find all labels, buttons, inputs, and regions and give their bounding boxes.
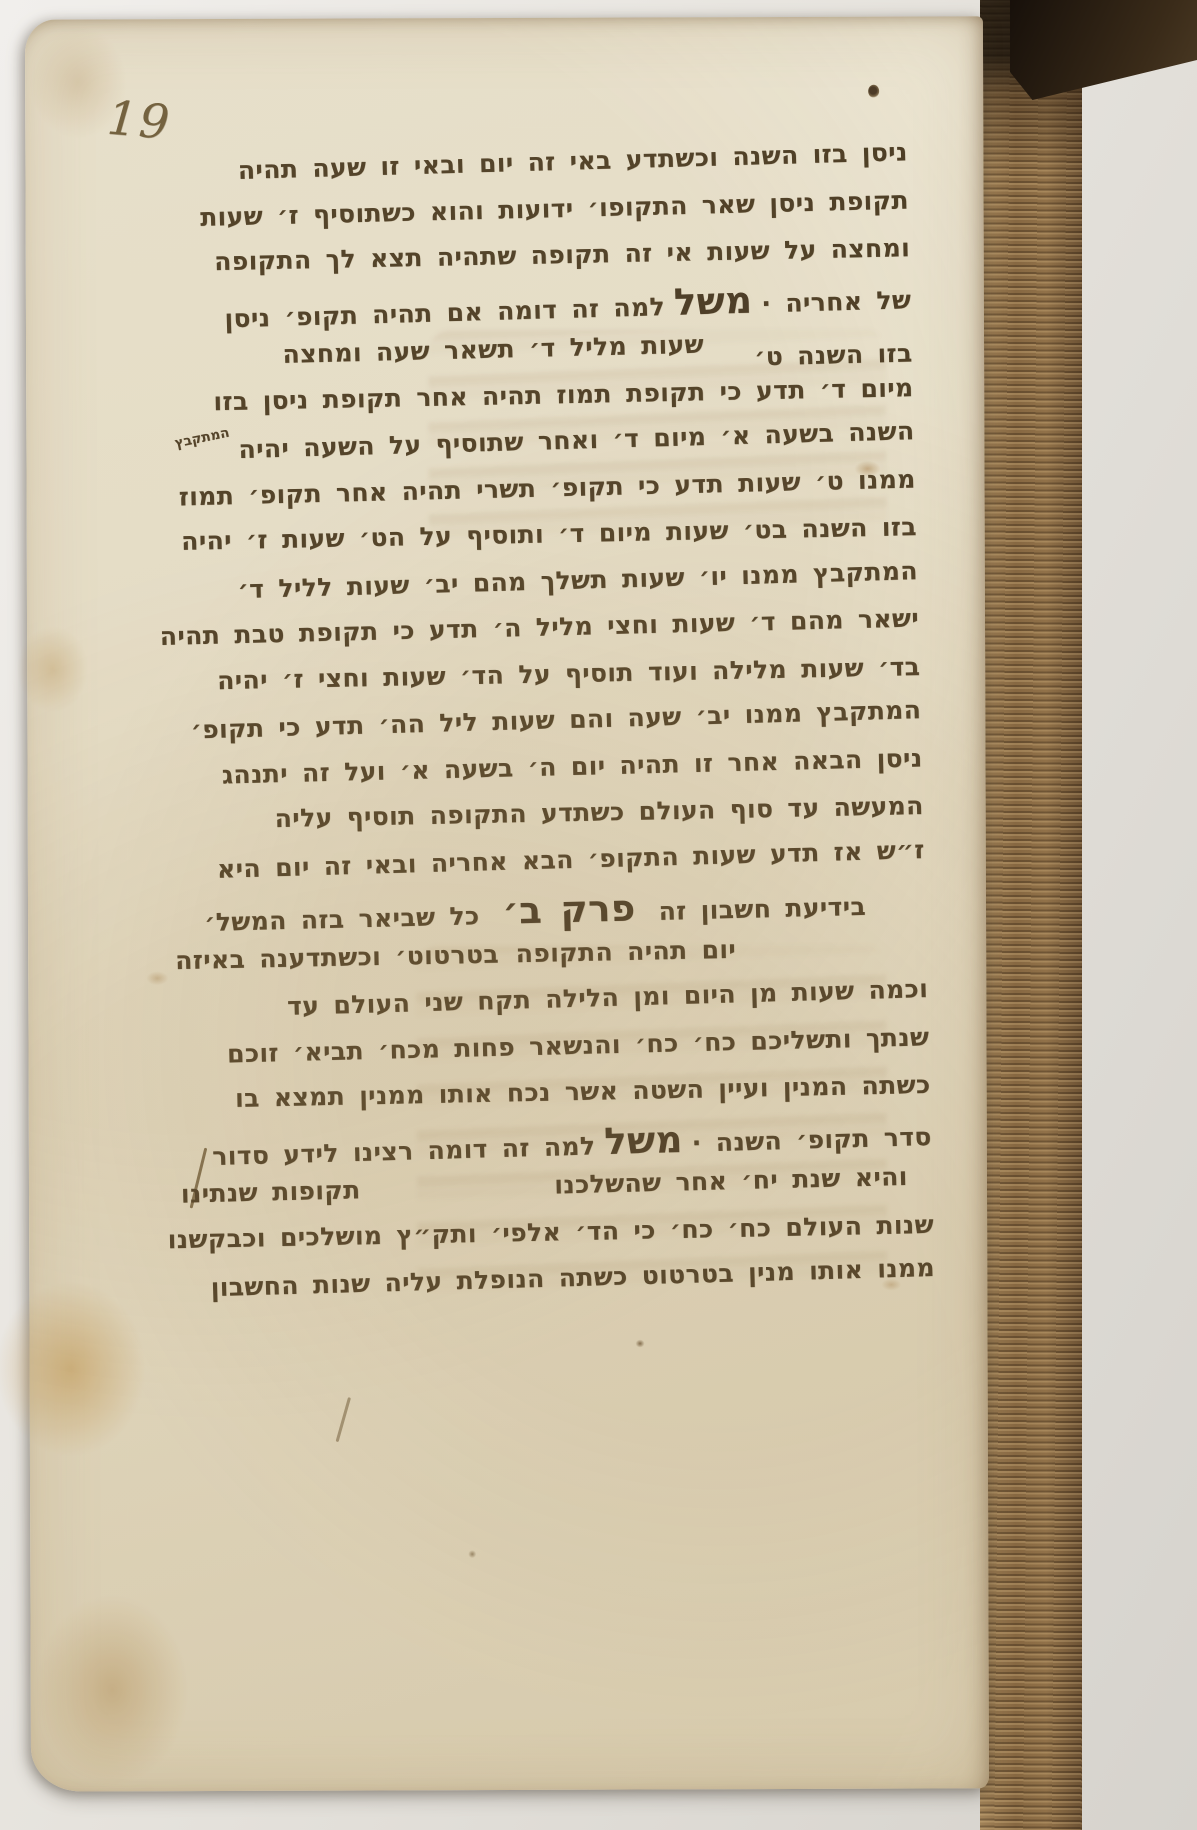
text-segment: סדר תקופ׳ השנה ∙	[691, 1121, 932, 1157]
emphasized-word: משל	[604, 1120, 683, 1159]
text-segment: בידיעת חשבון זה	[658, 892, 866, 926]
book-page-edges	[980, 0, 1082, 1830]
text-segment: כל שביאר בזה המשל׳	[204, 901, 480, 937]
line-gap	[361, 1194, 555, 1199]
line-gap	[908, 1184, 933, 1185]
slash-mark	[336, 1397, 351, 1442]
emphasized-word: משל	[673, 281, 752, 320]
folio-number: 19	[105, 91, 173, 151]
foxing-spot	[146, 971, 168, 985]
text-segment: בזו השנה ט׳	[754, 339, 913, 372]
book-cover-corner	[1010, 0, 1197, 100]
text-segment: למה זה דומה אם תהיה תקופ׳ ניסן	[224, 292, 665, 333]
text-segment: בטרטוט׳ וכשתדענה באיזה	[175, 939, 499, 974]
manuscript-photo: 19 ניסן בזו השנה וכשתדע באי זה יום ובאי …	[0, 0, 1197, 1830]
paper-sheet: 19 ניסן בזו השנה וכשתדע באי זה יום ובאי …	[25, 16, 989, 1791]
text-segment: של אחריה ∙	[761, 285, 912, 318]
emphasized-word: פרק ב׳	[502, 889, 636, 929]
stain	[14, 1567, 210, 1813]
stain	[0, 1281, 146, 1457]
ink-speck	[636, 1340, 645, 1348]
stain	[5, 611, 100, 726]
ink-speck	[468, 1550, 476, 1558]
wormhole	[868, 85, 879, 98]
text-block: ניסן בזו השנה וכשתדע באי זה יום ובאי זו …	[156, 139, 936, 1320]
line-gap	[866, 913, 926, 914]
line-gap	[736, 953, 927, 957]
text-segment: ניסן בזו השנה וכשתדע באי זה יום ובאי זו …	[237, 137, 908, 185]
line-gap	[704, 351, 754, 352]
text-segment: למה זה דומה רצינו לידע סדור	[212, 1131, 596, 1171]
text-segment: יום תהיה התקופה	[515, 934, 736, 967]
